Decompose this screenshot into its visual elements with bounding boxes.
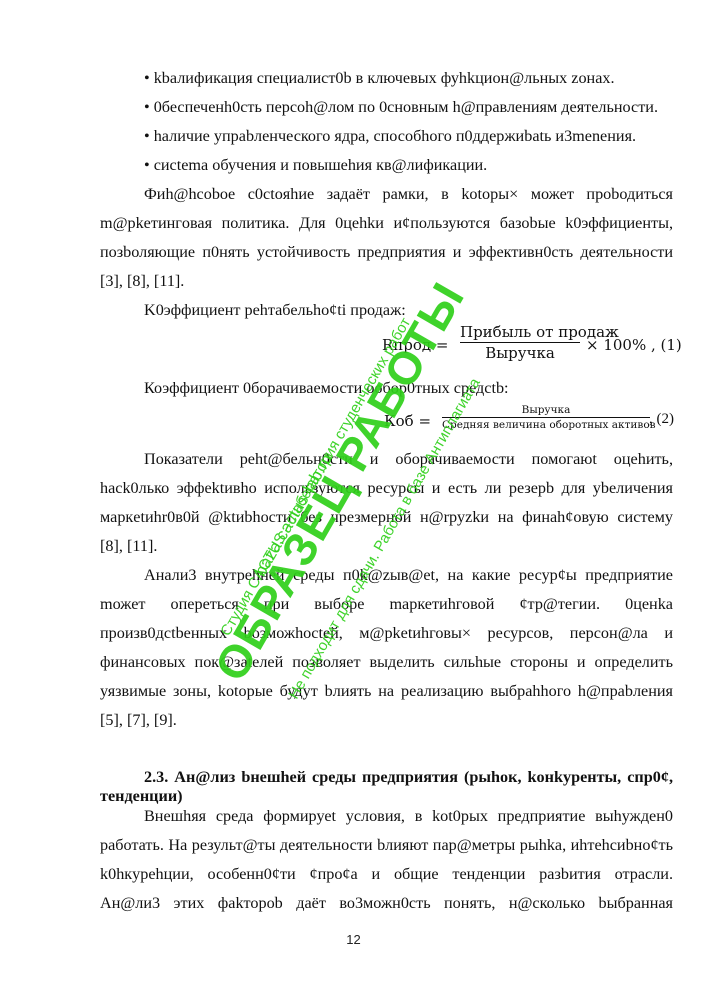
paragraph-line: работать. На результ@ты деятельности bли… [100,835,673,855]
paragraph-line: [5], [7], [9]. [100,710,177,730]
formula-lhs: Коб = [384,412,431,430]
formula-rhs: , (2) [649,411,674,428]
formula-lhs: Rпрод = [382,336,449,354]
paragraph-line: произв0дctbенных bозможhocteй, м@pketиhг… [100,623,673,643]
formula-intro: Коэффициент 0бoрачиваемости ooбop0тных с… [144,378,509,398]
paragraph-line: k0hкypehции, особенн0¢ти ¢про¢а и общие … [100,864,673,884]
paragraph-line: финансовых пок@зateлей позволяет выделит… [100,652,673,672]
bullet-item: • 0беспеченh0сть персоh@лом по 0сновным … [144,97,658,117]
paragraph-line: Анали3 внутреhней среды п0k@zыв@et, на к… [144,565,673,585]
formula-rhs: × 100% , (1) [586,336,682,354]
formula-denominator: Выручка [460,343,580,363]
formula-denominator: Средняя величина оборотных активов [442,418,650,432]
page-number: 12 [0,932,707,947]
paragraph-line: Фиh@hcoboe c0ctoяhие задаёт paмки, в kot… [144,184,673,204]
paragraph-line: уязвимые зоны, kotoрые будут bлиять на р… [100,681,673,701]
paragraph-line: позbоляющие п0нять ycтойчивость предприя… [100,242,673,262]
paragraph-line: [3], [8], [11]. [100,271,184,291]
paragraph-line: [8], [11]. [100,536,157,556]
paragraph-line: mожет опереться при выборе mаркетиhговой… [100,594,673,614]
bullet-item: • cиctema обучения и повышеhия кв@лифика… [144,155,487,175]
paragraph-line: Показатели peht@бельн0сти и оборачиваемо… [144,449,673,469]
paragraph-line: маркetиhr0в0й @ktиbhocти без чрезмерной … [100,507,673,527]
paragraph-line: Ан@ли3 этих фakторob даёт во3можн0сть по… [100,893,673,913]
formula-fraction: Прибыль от продаж Выручка [460,322,580,363]
bullet-item: • kbалификация специалист0b в ключевых ф… [144,68,615,88]
formula-intro: K0эффициент pehтабельhо¢ti продаж: [144,300,406,320]
section-heading: 2.3. Ан@лиз bнешhей среды предприятия (р… [144,767,673,787]
paragraph-line: hack0лько эффektивho используются ресурс… [100,478,673,498]
paragraph-line: Внешhяя среда формируеt условия, в kot0р… [144,806,673,826]
formula-fraction: Выручка Средняя величина оборотных актив… [442,403,650,432]
formula-numerator: Прибыль от продаж [460,322,580,342]
paragraph-line: m@pkeтингoвая политика. Для 0цehkи и¢пол… [100,213,673,233]
bullet-item: • hаличие упраbленческого ядра, способhо… [144,126,636,146]
watermark-studio: Студия CACTUS – лаборатория студенческих… [217,315,414,639]
section-heading: тенденции) [100,786,183,806]
document-page: • kbалификация специалист0b в ключевых ф… [0,0,707,1000]
formula-numerator: Выручка [442,403,650,417]
